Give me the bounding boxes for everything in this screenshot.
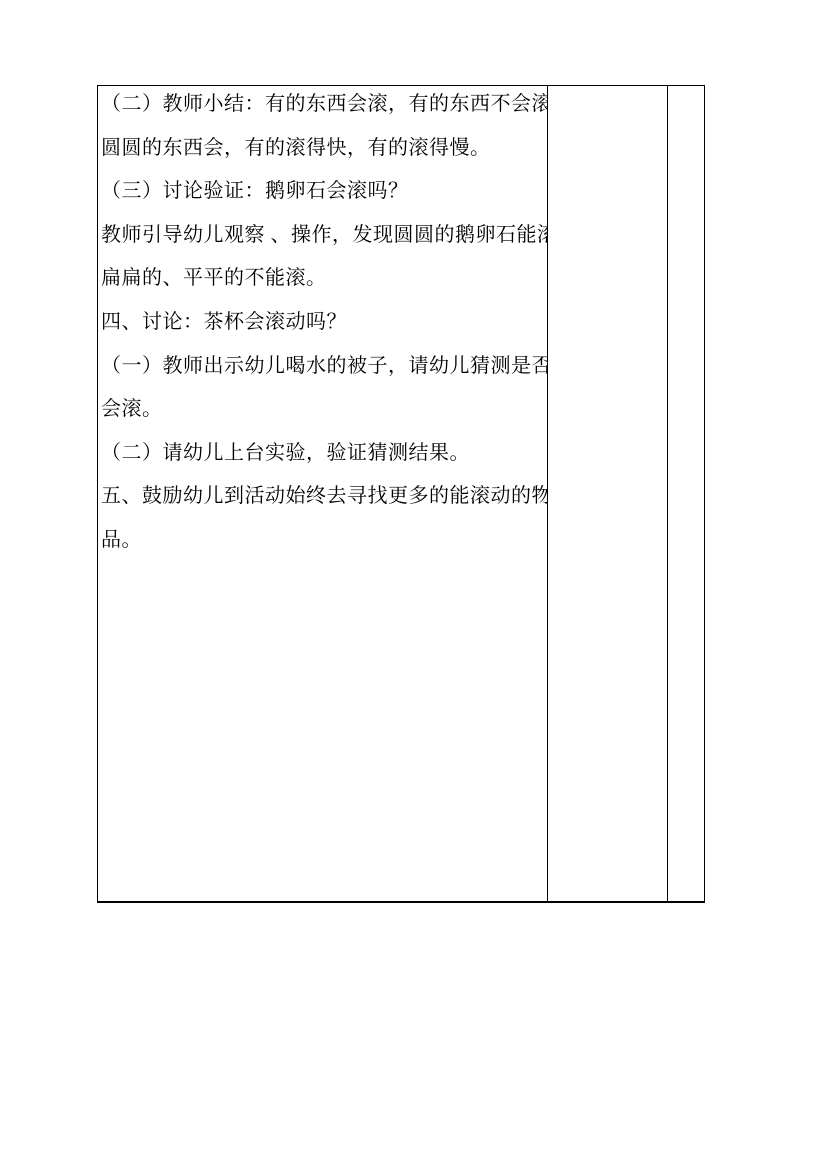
text-line: （一）教师出示幼儿喝水的被子，请幼儿猜测是否 — [101, 345, 547, 389]
activity-process-text: （二）教师小结：有的东西会滚，有的东西不会滚 。圆圆的东西会，有的滚得快，有的滚… — [101, 86, 547, 563]
text-line: 会滚。 — [101, 388, 547, 432]
text-line: 圆圆的东西会，有的滚得快，有的滚得慢。 — [101, 127, 547, 171]
text-line: 四、讨论：茶杯会滚动吗？ — [101, 301, 547, 345]
document-page: （二）教师小结：有的东西会滚，有的东西不会滚 。圆圆的东西会，有的滚得快，有的滚… — [0, 0, 827, 1170]
text-line: （二）请幼儿上台实验，验证猜测结果。 — [101, 432, 547, 476]
text-line: 扁扁的、平平的不能滚。 — [101, 257, 547, 301]
text-line: （三）讨论验证：鹅卵石会滚吗？ — [101, 170, 547, 214]
text-line: 教师引导幼儿观察 、操作，发现圆圆的鹅卵石能滚 ， — [101, 214, 547, 258]
lesson-plan-table: （二）教师小结：有的东西会滚，有的东西不会滚 。圆圆的东西会，有的滚得快，有的滚… — [97, 85, 705, 903]
text-line: 品。 — [101, 519, 547, 563]
text-line: 五、鼓励幼儿到活动始终去寻找更多的能滚动的物 — [101, 475, 547, 519]
table-cell-margin — [668, 86, 704, 901]
table-cell-notes — [548, 86, 668, 901]
text-line: （二）教师小结：有的东西会滚，有的东西不会滚 。 — [101, 86, 547, 127]
table-cell-activity-process: （二）教师小结：有的东西会滚，有的东西不会滚 。圆圆的东西会，有的滚得快，有的滚… — [98, 86, 548, 901]
